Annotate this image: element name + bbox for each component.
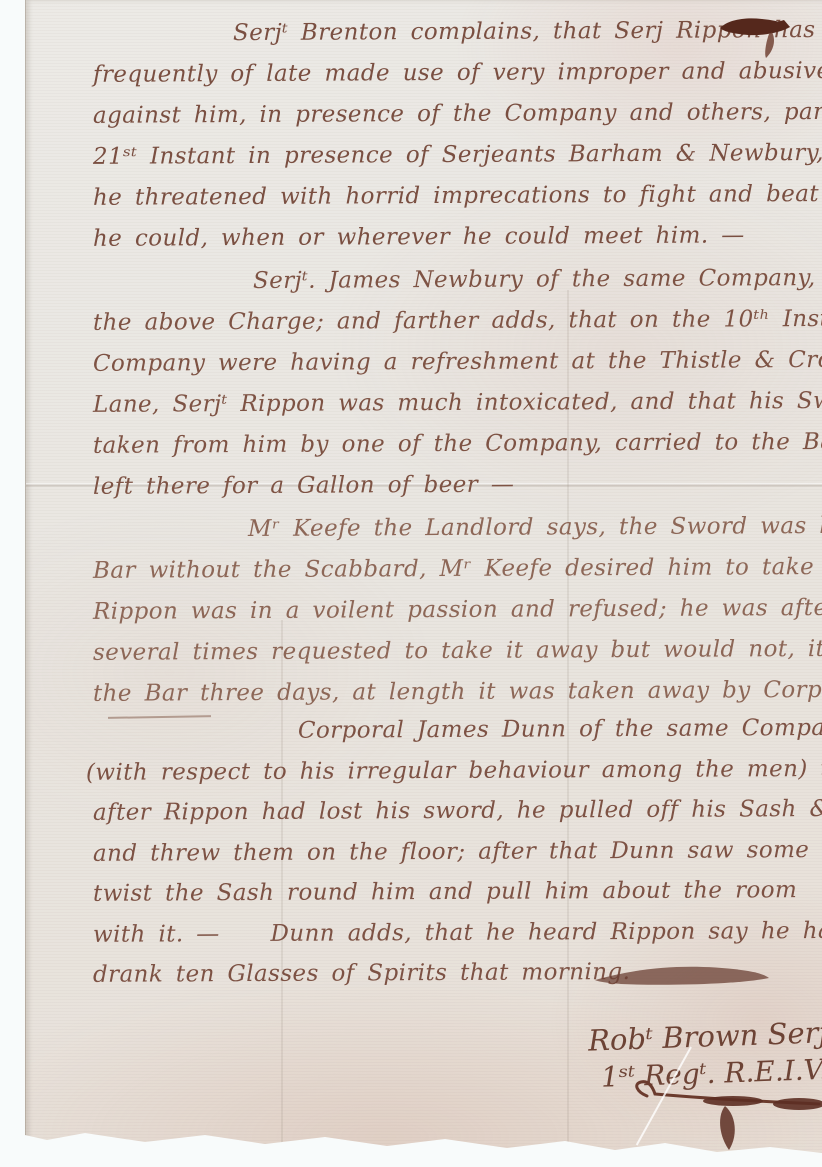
text-line: the above Charge; and farther adds, that… [26,295,822,344]
text-line: he threatened with horrid imprecations t… [26,170,822,219]
scanned-page-background: Serjᵗ Brenton complains, that Serj Rippo… [0,0,822,1167]
paragraph-2: Serjᵗ. James Newbury of the same Company… [26,258,822,504]
text-line: twist the Sash round him and pull him ab… [26,866,822,915]
text-line: several times requested to take it away … [26,625,822,674]
signature-underline-flourish-icon [621,1050,822,1160]
text-line: he could, when or wherever he could meet… [26,211,822,260]
paragraph-1: Serjᵗ Brenton complains, that Serj Rippo… [26,10,822,256]
paragraph-4: Corporal James Dunn of the same Company … [26,708,822,992]
text-line: and threw them on the floor; after that … [26,825,822,874]
manuscript-paper: Serjᵗ Brenton complains, that Serj Rippo… [25,0,822,1160]
text-line: Serjᵗ Brenton complains, that Serj Rippo… [26,6,822,55]
text-line: Corporal James Dunn of the same Company … [26,704,822,753]
text-line: with it. — Dunn adds, that he heard Ripp… [26,906,822,955]
text-line: left there for a Gallon of beer — [26,459,822,508]
text-line: taken from him by one of the Company, ca… [26,418,822,467]
text-line: Lane, Serjᵗ Rippon was much intoxicated,… [26,377,822,426]
text-line: frequently of late made use of very impr… [26,47,822,96]
text-line: Company were having a refreshment at the… [26,336,822,385]
pen-flourish-icon [591,958,776,994]
text-line: Mʳ Keefe the Landlord says, the Sword wa… [26,502,822,551]
ink-blot-icon [714,14,809,74]
text-line: Serjᵗ. James Newbury of the same Company… [26,254,822,303]
text-line: (with respect to his irregular behaviour… [26,744,822,793]
text-line: 21ˢᵗ Instant in presence of Serjeants Ba… [26,129,822,178]
text-line: Rippon was in a voilent passion and refu… [26,584,822,633]
paragraph-3: Mʳ Keefe the Landlord says, the Sword wa… [26,506,822,711]
text-line: against him, in presence of the Company … [26,88,822,137]
text-line: Bar without the Scabbard, Mʳ Keefe desir… [26,543,822,592]
text-line: after Rippon had lost his sword, he pull… [26,785,822,834]
